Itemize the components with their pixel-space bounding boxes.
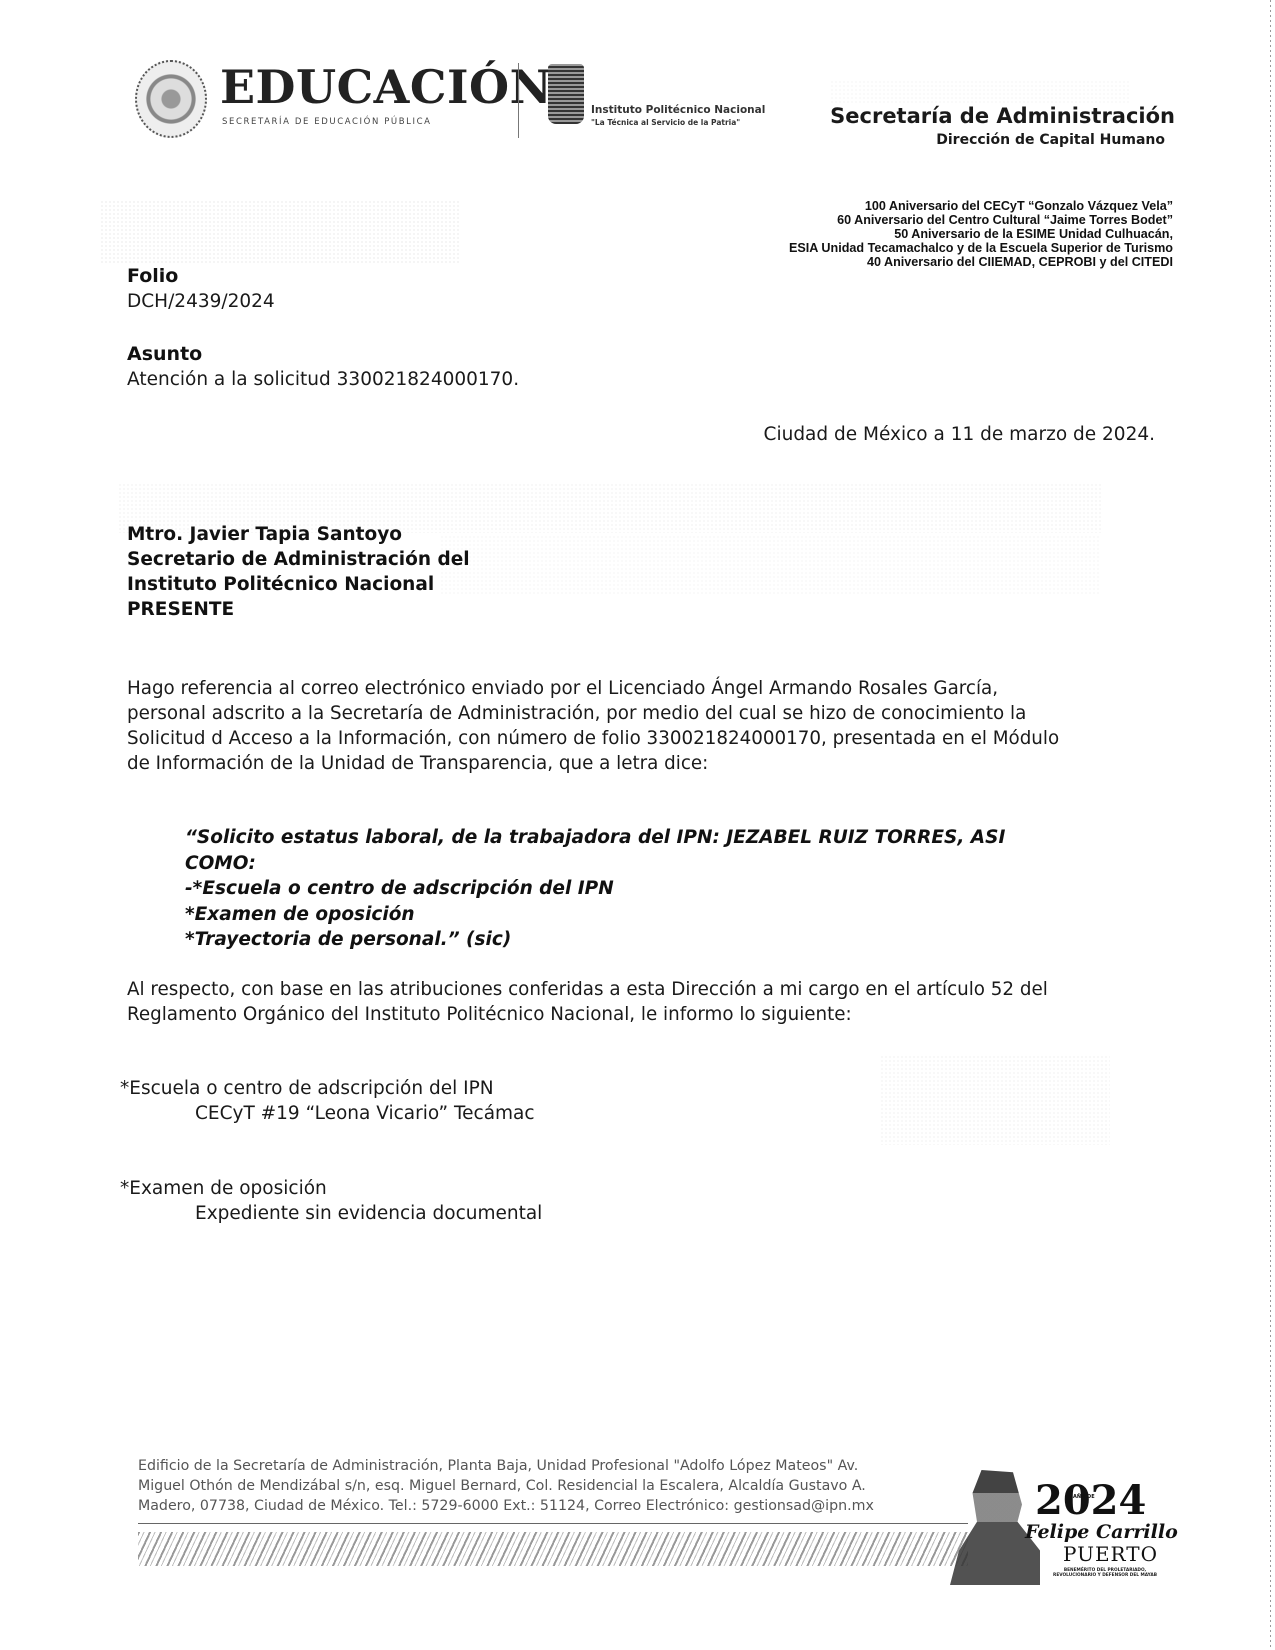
letter-date: Ciudad de México a 11 de marzo de 2024. — [764, 424, 1155, 445]
logo-divider — [518, 63, 519, 138]
recipient-institution: Instituto Politécnico Nacional — [127, 572, 470, 597]
footer-address-line: Madero, 07738, Ciudad de México. Tel.: 5… — [138, 1496, 938, 1516]
request-quote: “Solicito estatus laboral, de la trabaja… — [185, 825, 1005, 953]
quote-line: COMO: — [185, 851, 1005, 877]
intro-line: de Información de la Unidad de Transpare… — [127, 751, 1157, 776]
scan-noise — [440, 535, 1100, 595]
folio-label: Folio — [127, 265, 178, 287]
scan-noise — [880, 1055, 1110, 1145]
sep-logo-title: EDUCACIÓN — [220, 62, 552, 112]
anniversary-line: 40 Aniversario del CIIEMAD, CEPROBI y de… — [789, 255, 1173, 269]
quote-line: *Examen de oposición — [185, 902, 1005, 928]
anniversary-list: 100 Aniversario del CECyT “Gonzalo Vázqu… — [789, 199, 1173, 269]
footer-address-line: Miguel Othón de Mendizábal s/n, esq. Mig… — [138, 1476, 938, 1496]
emblem-year-prefix: AÑO DE — [1073, 1494, 1095, 1500]
ipn-logo-icon — [548, 64, 584, 124]
page-edge — [1270, 0, 1271, 1650]
emblem-tagline: BENEMÉRITO DEL PROLETARIADO, REVOLUCIONA… — [1050, 1568, 1160, 1578]
intro-line: Hago referencia al correo electrónico en… — [127, 676, 1157, 701]
ipn-motto: "La Técnica al Servicio de la Patria" — [591, 118, 740, 127]
recipient-title: Secretario de Administración del — [127, 547, 470, 572]
intro-paragraph: Hago referencia al correo electrónico en… — [127, 676, 1157, 776]
recipient-block: Mtro. Javier Tapia Santoyo Secretario de… — [127, 522, 470, 622]
answer-value: CECyT #19 “Leona Vicario” Tecámac — [195, 1103, 535, 1124]
anniversary-line: 50 Aniversario de la ESIME Unidad Culhua… — [789, 227, 1173, 241]
response-line: Al respecto, con base en las atribucione… — [127, 977, 1157, 1002]
anniversary-line: ESIA Unidad Tecamachalco y de la Escuela… — [789, 241, 1173, 255]
asunto-value: Atención a la solicitud 330021824000170. — [127, 369, 519, 390]
scan-noise — [830, 80, 1130, 105]
emblem-name: Felipe Carrillo — [1025, 1521, 1178, 1543]
folio-value: DCH/2439/2024 — [127, 291, 275, 312]
footer-address-line: Edificio de la Secretaría de Administrac… — [138, 1456, 938, 1476]
intro-line: personal adscrito a la Secretaría de Adm… — [127, 701, 1157, 726]
quote-line: *Trayectoria de personal.” (sic) — [185, 927, 1005, 953]
anniversary-line: 100 Aniversario del CECyT “Gonzalo Vázqu… — [789, 199, 1173, 213]
response-paragraph: Al respecto, con base en las atribucione… — [127, 977, 1157, 1027]
scan-noise — [100, 200, 460, 265]
ipn-name: Instituto Politécnico Nacional — [591, 104, 765, 116]
recipient-name: Mtro. Javier Tapia Santoyo — [127, 522, 470, 547]
quote-line: “Solicito estatus laboral, de la trabaja… — [185, 825, 1005, 851]
intro-line: Solicitud d Acceso a la Información, con… — [127, 726, 1157, 751]
recipient-presente: PRESENTE — [127, 597, 470, 622]
answer-question: *Examen de oposición — [120, 1178, 327, 1199]
footer-pattern-band — [138, 1532, 968, 1566]
emblem-year: 2024 — [1035, 1480, 1146, 1522]
footer-rule — [138, 1523, 968, 1524]
anniversary-line: 60 Aniversario del Centro Cultural “Jaim… — [789, 213, 1173, 227]
sep-logo-subtitle: SECRETARÍA DE EDUCACIÓN PÚBLICA — [222, 117, 432, 127]
mexico-seal-icon — [135, 60, 207, 138]
department-subtitle: Dirección de Capital Humano — [936, 132, 1165, 148]
department-title: Secretaría de Administración — [830, 104, 1175, 128]
quote-line: -*Escuela o centro de adscripción del IP… — [185, 876, 1005, 902]
emblem-surname: PUERTO — [1063, 1542, 1158, 1566]
footer-address: Edificio de la Secretaría de Administrac… — [138, 1456, 938, 1516]
response-line: Reglamento Orgánico del Instituto Polité… — [127, 1002, 1157, 1027]
asunto-label: Asunto — [127, 343, 202, 365]
answer-value: Expediente sin evidencia documental — [195, 1203, 542, 1224]
answer-question: *Escuela o centro de adscripción del IPN — [120, 1078, 494, 1099]
